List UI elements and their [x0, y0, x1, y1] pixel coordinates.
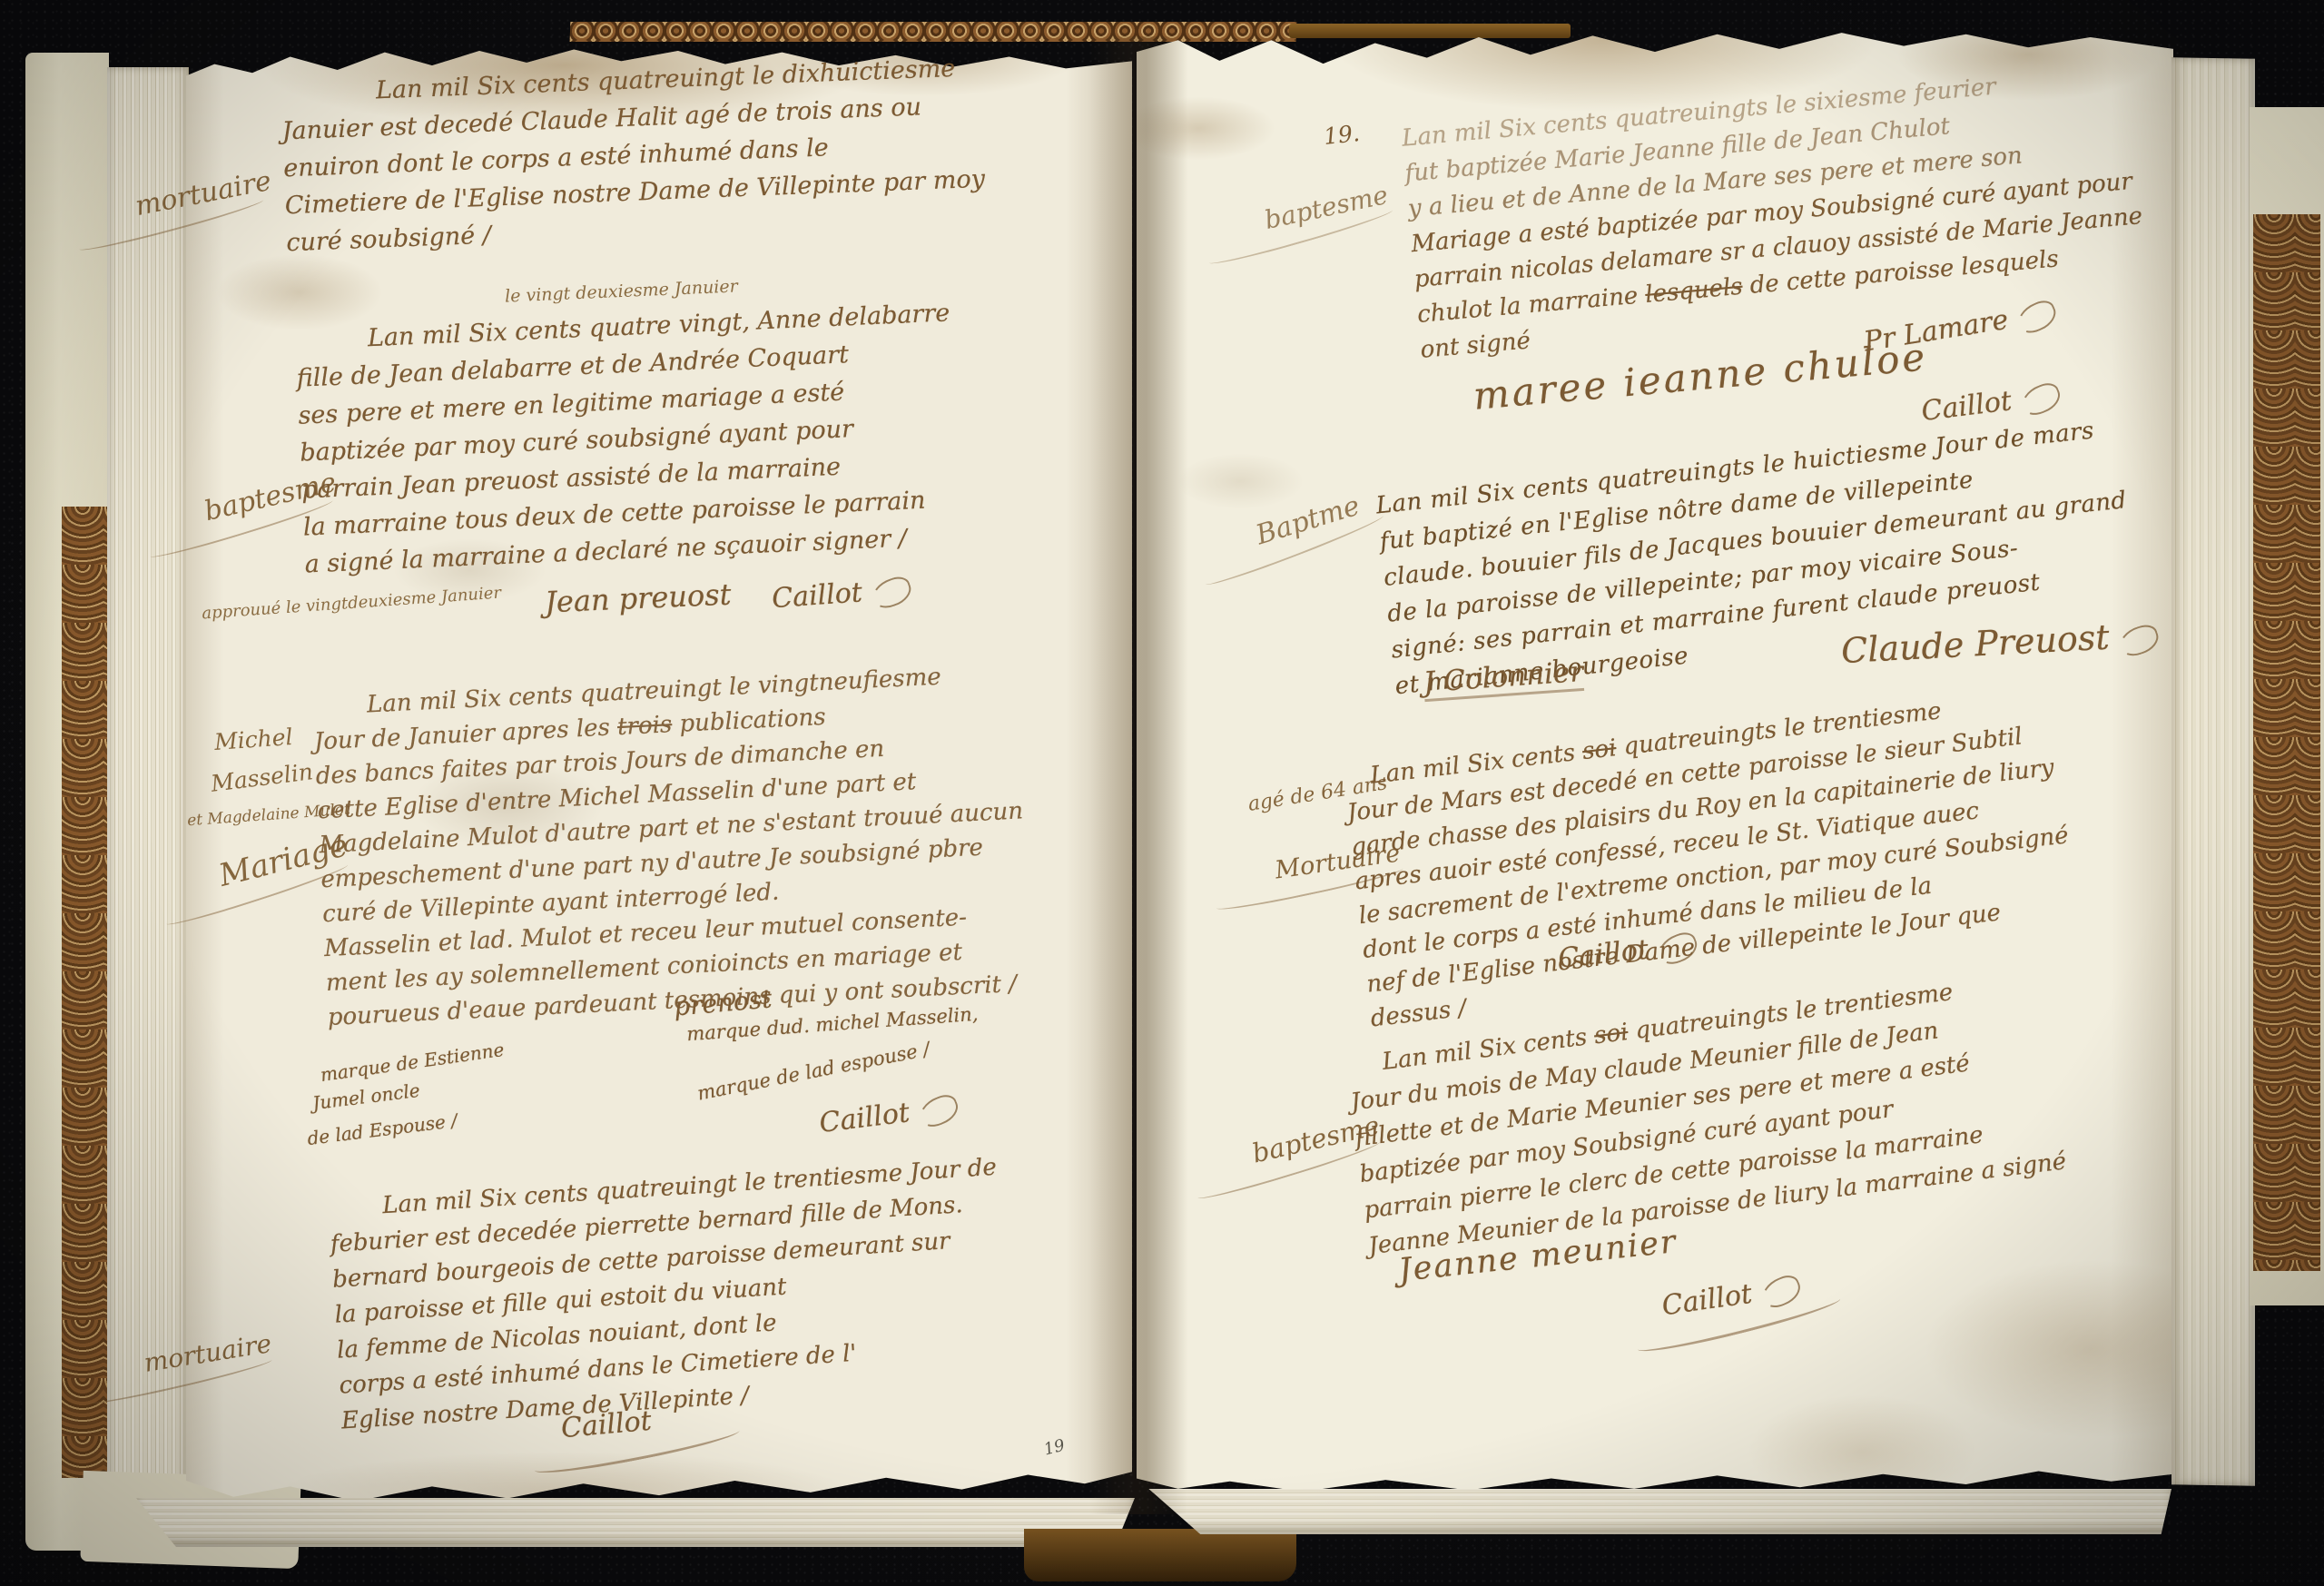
body-line: Jour de Mars est decedé en cette paroiss…: [1345, 704, 2152, 831]
margin-note: mortuaire: [133, 165, 274, 222]
body-line: a signé la marraine a declaré ne sçauoir…: [304, 514, 1040, 583]
body-line: enuiron dont le corps a esté inhumé dans…: [283, 123, 1010, 188]
body-line: Lan mil Six cents quatre vingt, Anne del…: [294, 291, 1030, 360]
body-line: Jour du mois de May claude Meunier fille…: [1349, 986, 2155, 1120]
body-line: Cimetiere de l'Eglise nostre Dame de Vil…: [284, 160, 1011, 225]
body-line: fut baptizé en l'Eglise nôtre dame de vi…: [1378, 442, 2158, 560]
body-line: pourueus d'eaue pardeuant tesmoins qui y…: [327, 964, 1081, 1035]
lp-entry-0-mortuaire: mortuaireLan mil Six cents quatreuingt l…: [0, 0, 2324, 1586]
body-line: Lan mil Six cents quatreuingt le vingtne…: [311, 654, 1066, 724]
body-line: la femme de Nicolas nouiant, dont le: [336, 1288, 1054, 1369]
body-line: chulot la marraine lesquels de cette par…: [1416, 233, 2152, 332]
signature: Claude Preuost: [1840, 615, 2157, 671]
body-line: Lan mil Six cents soi quatreuingts le tr…: [1342, 671, 2149, 797]
margin-note: agé de 64 ans: [1246, 772, 1389, 816]
body-line: dont le corps a esté inhumé dans le mili…: [1361, 842, 2168, 968]
body-line: parrain pierre le clerc de cette paroiss…: [1362, 1094, 2168, 1228]
body-line: feburier est decedée pierrette bernard f…: [330, 1182, 1048, 1263]
lp-entry-3-mortuaire: mortuaireLan mil Six cents quatreuingt l…: [0, 0, 2324, 1586]
body-line: Lan mil Six cents quatreuingt le trentie…: [327, 1147, 1045, 1227]
entry-body: Lan mil Six cents quatreuingt le vingtne…: [311, 654, 1081, 1035]
footnote: approuué le vingtdeuxiesme Januier: [202, 584, 502, 624]
entry-body: Lan mil Six cents quatreuingt le trentie…: [327, 1147, 1059, 1439]
margin-note: mortuaire: [142, 1328, 273, 1378]
body-line: curé de Villepinte ayant interrogé led.: [321, 861, 1076, 931]
body-line: le sacrement de l'extreme onction, par m…: [1357, 808, 2164, 934]
signature: J Colonnier: [1423, 655, 1585, 702]
signature: prenost: [673, 983, 773, 1021]
signature: Caillot: [560, 1405, 653, 1445]
body-line: Lan mil Six cents quatreuingt le dixhuic…: [280, 48, 1007, 113]
signature: Caillot: [1659, 1269, 1801, 1323]
body-line: curé soubsigné /: [286, 197, 1013, 262]
right-page-number: 19.: [1323, 120, 1362, 150]
body-line: apres auoir esté confessé, receu le St. …: [1354, 773, 2161, 900]
body-line: baptizée par moy Soubsigné curé ayant po…: [1357, 1059, 2163, 1193]
body-line: Lan mil Six cents quatreuingts le huicti…: [1374, 407, 2154, 525]
margin-note: Mortuaire: [1274, 840, 1403, 885]
rp-entry-0-baptesme: baptesmeLan mil Six cents quatreuingts l…: [0, 0, 2324, 1586]
signature: marque dud. michel Masselin,: [686, 1003, 980, 1045]
body-line: claude. bouuier fils de Jacques bouuier …: [1382, 478, 2162, 596]
margin-note: et Magdelaine Mulot: [187, 801, 351, 831]
body-line: fille de Jean delabarre et de Andrée Coq…: [296, 328, 1032, 397]
signature: Jean preuost: [544, 577, 732, 620]
body-line: Jeanne Meunier de la paroisse de liury l…: [1366, 1130, 2172, 1265]
rp-entry-2-mortuaire: agé de 64 ansMortuaireLan mil Six cents …: [0, 0, 2324, 1586]
signature: Caillot: [771, 571, 911, 615]
signature: marque de Estienne: [319, 1039, 505, 1086]
signature: maree ieanne chuloe: [1472, 334, 1929, 419]
rp-entry-1-baptesme: BaptmeLan mil Six cents quatreuingts le …: [0, 0, 2324, 1586]
body-line: fillette et de Marie Meunier ses pere et…: [1353, 1022, 2159, 1157]
signature: Caillot: [817, 1089, 958, 1139]
rp-entry-3-baptesme: baptesmeLan mil Six cents soi quatreuing…: [0, 0, 2324, 1586]
signature: marque de lad espouse /: [695, 1038, 931, 1104]
interline-note: le vingt deuxiesme Januier: [505, 276, 739, 306]
margin-note: Michel: [213, 724, 293, 755]
margin-note: baptesme: [1262, 180, 1391, 235]
body-line: la paroisse et fille qui estoit du viuan…: [334, 1253, 1052, 1334]
margin-note: baptesme: [202, 467, 340, 527]
signature: Jumel oncle: [311, 1079, 421, 1114]
body-line: et marianne bourgeoise: [1393, 587, 2173, 705]
body-line: Lan mil Six cents quatreuingts le sixies…: [1401, 57, 2136, 156]
body-line: la marraine tous deux de cette paroisse …: [302, 477, 1039, 546]
signature: Caillot: [1556, 926, 1697, 975]
body-line: parrain Jean preuost assisté de la marra…: [300, 439, 1037, 508]
body-line: empeschement d'une part ny d'autre Je so…: [320, 826, 1074, 897]
body-line: ses pere et mere en legitime mariage a e…: [298, 365, 1034, 434]
margin-note: Masselin: [210, 758, 315, 797]
body-line: Jour de Januier apres les trois publicat…: [313, 688, 1068, 759]
signature: de lad Espouse /: [306, 1109, 458, 1149]
body-line: des bancs faites par trois Jours de dima…: [315, 723, 1069, 793]
signature: Jeanne meunier: [1397, 1224, 1679, 1289]
body-line: Masselin et lad. Mulot et receu leur mut…: [323, 895, 1078, 967]
body-line: ont signé: [1419, 269, 2154, 368]
body-line: nef de l'Eglise nostre Dame de villepein…: [1364, 876, 2171, 1002]
body-line: parrain nicolas delamare sr a clauoy ass…: [1413, 199, 2148, 298]
body-line: y a lieu et de Anne de la Mare ses pere …: [1406, 128, 2142, 227]
open-parish-register-photo: mortuaireLan mil Six cents quatreuingt l…: [0, 0, 2324, 1586]
body-line: Lan mil Six cents soi quatreuingts le tr…: [1344, 951, 2151, 1085]
entry-body: Lan mil Six cents quatreuingt le dixhuic…: [280, 48, 1012, 262]
body-line: Mariage a esté baptizée par moy Soubsign…: [1410, 163, 2145, 262]
lp-entry-1-baptesme: baptesmele vingt deuxiesme JanuierLan mi…: [0, 0, 2324, 1586]
body-line: corps a esté inhumé dans le Cimetiere de…: [338, 1324, 1056, 1404]
body-line: bernard bourgeois de cette paroisse deme…: [331, 1217, 1049, 1298]
entry-body: Lan mil Six cents soi quatreuingts le tr…: [1342, 671, 2176, 1037]
signature: Caillot: [1919, 377, 2060, 428]
entry-body: Lan mil Six cents quatre vingt, Anne del…: [294, 291, 1040, 583]
body-line: fut baptizée Marie Jeanne fille de Jean …: [1403, 93, 2139, 192]
body-line: cette Eglise d'entre Michel Masselin d'u…: [317, 757, 1071, 828]
margin-note: baptesme: [1249, 1109, 1383, 1168]
signature: Pr Lamare: [1861, 294, 2057, 359]
lp-entry-2-mariage: MichelMasselinet Magdelaine MulotMariage…: [0, 0, 2324, 1586]
body-line: baptizée par moy curé soubsigné ayant po…: [299, 402, 1035, 471]
entry-body: Lan mil Six cents quatreuingts le huicti…: [1374, 407, 2173, 705]
body-line: de la paroisse de villepeinte; par moy v…: [1385, 515, 2165, 633]
register-entries-layer: mortuaireLan mil Six cents quatreuingt l…: [0, 0, 2324, 1586]
entry-body: Lan mil Six cents soi quatreuingts le tr…: [1344, 951, 2173, 1266]
body-line: Eglise nostre Dame de Villepinte /: [340, 1359, 1059, 1440]
body-line: dessus /: [1369, 911, 2176, 1037]
margin-note: Baptme: [1252, 490, 1364, 552]
entry-body: Lan mil Six cents quatreuingts le sixies…: [1401, 57, 2155, 369]
body-line: Magdelaine Mulot d'autre part et ne s'es…: [319, 792, 1073, 862]
body-line: garde chasse des plaisirs du Roy en la c…: [1349, 739, 2156, 865]
body-line: Januier est decedé Claude Halit agé de t…: [281, 85, 1009, 151]
margin-note: Mariage: [215, 827, 351, 894]
body-line: signé: ses parrain et marraine furent cl…: [1390, 551, 2170, 669]
body-line: ment les ay solemnellement conioincts en…: [325, 930, 1079, 1000]
